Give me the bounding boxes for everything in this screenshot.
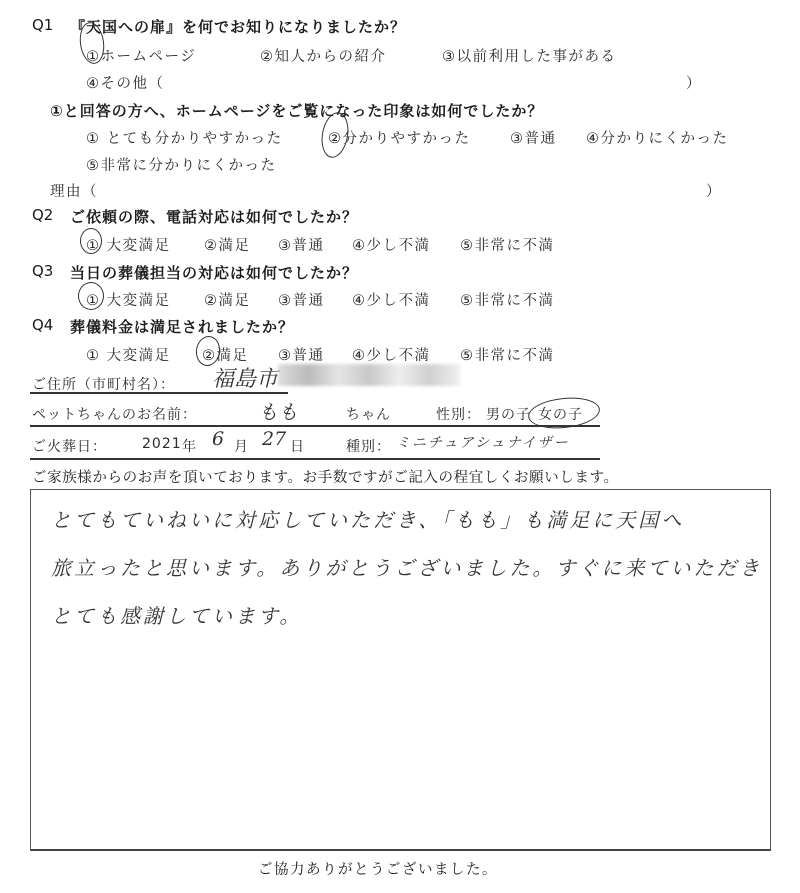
q3-number: Q3 [32,262,53,280]
q1-option-4-close: ） [686,72,702,93]
q2-option-2[interactable]: ②満足 [204,234,251,255]
q2-option-5[interactable]: ⑤非常に不満 [460,234,555,255]
q3-option-2[interactable]: ②満足 [204,289,251,310]
footer-thanks: ご協力ありがとうございました。 [258,858,498,879]
selection-circle-icon [80,228,102,254]
q4-number: Q4 [32,316,53,334]
comment-line-3: とても感謝しています。 [51,600,302,629]
pet-name-value[interactable]: もも [258,396,298,425]
pet-name-label: ペットちゃんのお名前： [32,404,197,424]
pet-suffix: ちゃん [346,404,391,424]
sex-label: 性別： [436,404,481,424]
q4-option-1[interactable]: ① 大変満足 [86,344,171,365]
q1-option-3[interactable]: ③以前利用した事がある [442,45,617,66]
date-day[interactable]: 27 [262,428,286,450]
q1-option-4[interactable]: ④その他（ [86,72,165,93]
reason-close: ） [706,180,722,201]
q3-option-5[interactable]: ⑤非常に不満 [460,289,555,310]
q2-question: ご依頼の際、電話対応は如何でしたか？ [70,206,358,227]
breed-value[interactable]: ミニチュアシュナイザー [396,432,570,452]
q3-option-3[interactable]: ③普通 [278,289,325,310]
q4-option-5[interactable]: ⑤非常に不満 [460,344,555,365]
q4-option-3[interactable]: ③普通 [278,344,325,365]
q2-option-3[interactable]: ③普通 [278,234,325,255]
address-label: ご住所（市町村名）： [32,374,175,394]
q1-followup-question: ①と回答の方へ、ホームページをご覧になった印象は如何でしたか？ [50,100,543,121]
q3-question: 当日の葬儀担当の対応は如何でしたか？ [70,262,358,283]
breed-label: 種別： [346,436,391,456]
q2-number: Q2 [32,206,53,224]
pet-name-underline [30,425,600,427]
followup-option-2[interactable]: ②分かりやすかった [328,127,471,148]
q3-option-4[interactable]: ④少し不満 [352,289,431,310]
followup-option-5[interactable]: ⑤非常に分かりにくかった [86,154,277,175]
date-year[interactable]: 2021 [142,436,182,452]
day-unit: 日 [290,436,305,456]
comments-heading: ご家族様からのお声を頂いております。お手数ですがご記入の程宜しくお願いします。 [32,466,619,487]
selection-circle-icon [78,282,104,310]
q4-option-4[interactable]: ④少し不満 [352,344,431,365]
q1-option-2[interactable]: ②知人からの紹介 [260,45,387,66]
comment-line-2: 旅立ったと思います。ありがとうございました。すぐに来ていただき [51,552,762,581]
comments-box[interactable]: とてもていねいに対応していただき、「もも」も満足に天国へ 旅立ったと思います。あ… [30,489,771,851]
redacted-address [278,364,460,386]
cremation-date-label: ご火葬日： [32,436,107,456]
year-unit: 年 [182,436,197,456]
month-unit: 月 [234,436,249,456]
q1-question: 『天国への扉』を何でお知りになりましたか？ [70,16,406,37]
followup-option-1[interactable]: ① とても分かりやすかった [86,127,283,148]
sex-option-male[interactable]: 男の子 [486,404,531,424]
q2-option-4[interactable]: ④少し不満 [352,234,431,255]
reason-label: 理由（ [50,180,98,201]
address-value[interactable]: 福島市 [212,362,278,393]
address-underline [30,392,288,394]
comment-line-1: とてもていねいに対応していただき、「もも」も満足に天国へ [51,504,684,533]
followup-option-3[interactable]: ③普通 [510,127,557,148]
q1-number: Q1 [32,16,53,34]
date-month[interactable]: 6 [212,428,224,450]
date-underline [30,458,600,460]
followup-option-4[interactable]: ④分かりにくかった [586,127,729,148]
q4-question: 葬儀料金は満足されましたか？ [70,316,294,337]
